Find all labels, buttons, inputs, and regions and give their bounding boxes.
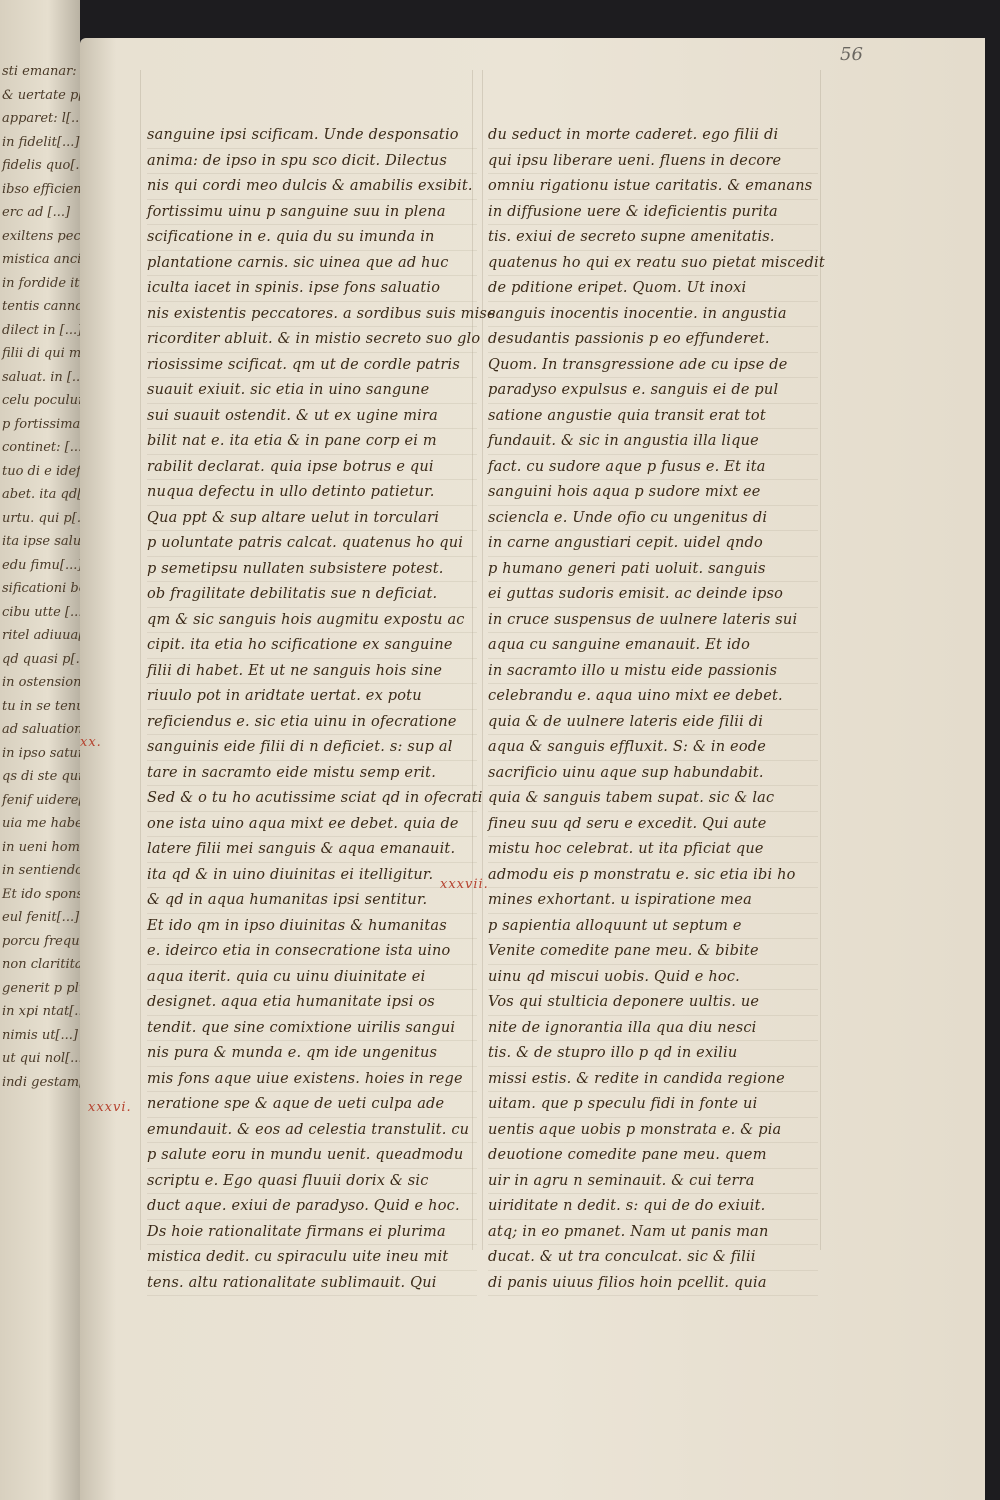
- facing-text-line: ritel adiuua[...]: [2, 624, 80, 648]
- text-line: cipit. ita etia ho scificatione ex sangu…: [147, 633, 477, 659]
- facing-text-line: in ueni homini[...]: [2, 836, 80, 860]
- facing-text-line: edu fimu[...]: [2, 554, 80, 578]
- text-line: Vos qui stulticia deponere uultis. ue: [488, 990, 818, 1016]
- text-line: mines exhortant. u ispiratione mea: [488, 888, 818, 914]
- text-line: fundauit. & sic in angustia illa lique: [488, 429, 818, 455]
- facing-text-line: qd quasi p[...]: [2, 648, 80, 672]
- facing-text-line: ad saluatione[...]: [2, 718, 80, 742]
- text-line: p humano generi pati uoluit. sanguis: [488, 557, 818, 583]
- ruling-line: [482, 70, 483, 1250]
- facing-text-line: urtu. qui p[...]: [2, 507, 80, 531]
- facing-text-line: mistica ancilla[...]: [2, 248, 80, 272]
- text-line: anima: de ipso in spu sco dicit. Dilectu…: [147, 149, 477, 175]
- folio-number: 56: [840, 44, 863, 65]
- text-line: aqua & sanguis effluxit. S: & in eode: [488, 735, 818, 761]
- text-column-left: sanguine ipsi scificam. Unde desponsatio…: [147, 123, 477, 1296]
- facing-text-line: in ipso saturati[...]: [2, 742, 80, 766]
- text-line: tare in sacramto eide mistu semp erit.: [147, 761, 477, 787]
- text-line: scificatione in e. quia du su imunda in: [147, 225, 477, 251]
- ruling-line: [820, 70, 821, 1250]
- text-line: fact. cu sudore aque p fusus e. Et ita: [488, 455, 818, 481]
- facing-text-line: nimis ut[...]: [2, 1024, 80, 1048]
- facing-text-line: continet: [...]: [2, 436, 80, 460]
- facing-text-line: & uertate p[...]: [2, 84, 80, 108]
- text-line: uiriditate n dedit. s: qui de do exiuit.: [488, 1194, 818, 1220]
- text-line: Et ido qm in ipso diuinitas & humanitas: [147, 914, 477, 940]
- text-line: mistica dedit. cu spiraculu uite ineu mi…: [147, 1245, 477, 1271]
- ruling-line: [140, 70, 141, 1250]
- text-line: ei guttas sudoris emisit. ac deinde ipso: [488, 582, 818, 608]
- facing-text-line: apparet: l[...]: [2, 107, 80, 131]
- text-line: atq; in eo pmanet. Nam ut panis man: [488, 1220, 818, 1246]
- text-line: du seduct in morte caderet. ego filii di: [488, 123, 818, 149]
- facing-text-line: ut qui nol[...]: [2, 1047, 80, 1071]
- text-line: suauit exiuit. sic etia in uino sangune: [147, 378, 477, 404]
- facing-text-line: abet. ita qd[...]: [2, 483, 80, 507]
- facing-text-line: non clarititate[...]: [2, 953, 80, 977]
- text-line: scriptu e. Ego quasi fluuii dorix & sic: [147, 1169, 477, 1195]
- text-line: qui ipsu liberare ueni. fluens in decore: [488, 149, 818, 175]
- text-line: in carne angustiari cepit. uidel qndo: [488, 531, 818, 557]
- facing-page-edge: sti emanar: fic& uertate p[...]apparet: …: [0, 0, 80, 1500]
- text-line: nis qui cordi meo dulcis & amabilis exsi…: [147, 174, 477, 200]
- text-line: desudantis passionis p eo effunderet.: [488, 327, 818, 353]
- facing-text-line: tu in se tenu[...]: [2, 695, 80, 719]
- text-line: sciencla e. Unde ofio cu ungenitus di: [488, 506, 818, 532]
- text-line: qm & sic sanguis hois augmitu expostu ac: [147, 608, 477, 634]
- facing-text-line: ibso efficien[...]: [2, 178, 80, 202]
- facing-text-line: p fortissima[...]: [2, 413, 80, 437]
- text-line: tis. & de stupro illo p qd in exiliu: [488, 1041, 818, 1067]
- text-line: sui suauit ostendit. & ut ex ugine mira: [147, 404, 477, 430]
- text-line: missi estis. & redite in candida regione: [488, 1067, 818, 1093]
- text-line: bilit nat e. ita etia & in pane corp ei …: [147, 429, 477, 455]
- facing-text-line: filii di qui me[...]: [2, 342, 80, 366]
- text-line: paradyso expulsus e. sanguis ei de pul: [488, 378, 818, 404]
- text-line: uentis aque uobis p monstrata e. & pia: [488, 1118, 818, 1144]
- text-line: sanguini hois aqua p sudore mixt ee: [488, 480, 818, 506]
- facing-text-line: qs di ste qui[...]: [2, 765, 80, 789]
- facing-text-line: tentis cannon[...]: [2, 295, 80, 319]
- text-line: omniu rigationu istue caritatis. & emana…: [488, 174, 818, 200]
- text-line: satione angustie quia transit erat tot: [488, 404, 818, 430]
- text-line: mistu hoc celebrat. ut ita pficiat que: [488, 837, 818, 863]
- text-line: filii di habet. Et ut ne sanguis hois si…: [147, 659, 477, 685]
- text-line: p salute eoru in mundu uenit. queadmodu: [147, 1143, 477, 1169]
- facing-text-line: sti emanar: fic: [2, 60, 80, 84]
- text-line: ducat. & ut tra conculcat. sic & filii: [488, 1245, 818, 1271]
- text-line: uir in agru n seminauit. & cui terra: [488, 1169, 818, 1195]
- facing-text-line: saluat. in [...]: [2, 366, 80, 390]
- text-line: & qd in aqua humanitas ipsi sentitur.: [147, 888, 477, 914]
- text-line: quia & de uulnere lateris eide filii di: [488, 710, 818, 736]
- text-line: reficiendus e. sic etia uinu in ofecrati…: [147, 710, 477, 736]
- text-line: deuotione comedite pane meu. quem: [488, 1143, 818, 1169]
- text-line: designet. aqua etia humanitate ipsi os: [147, 990, 477, 1016]
- text-line: uinu qd miscui uobis. Quid e hoc.: [488, 965, 818, 991]
- text-line: ita qd & in uino diuinitas ei itelligitu…: [147, 863, 477, 889]
- text-line: sanguinis eide filii di n deficiet. s: s…: [147, 735, 477, 761]
- facing-text-line: ita ipse salut[...]: [2, 530, 80, 554]
- facing-text-line: fenif uidere[...]: [2, 789, 80, 813]
- text-line: ricorditer abluit. & in mistio secreto s…: [147, 327, 477, 353]
- text-line: de pditione eripet. Quom. Ut inoxi: [488, 276, 818, 302]
- text-line: sanguis inocentis inocentie. in angustia: [488, 302, 818, 328]
- facing-text-line: indi gestam[...]: [2, 1071, 80, 1095]
- text-line: fortissimu uinu p sanguine suu in plena: [147, 200, 477, 226]
- facing-text-line: Et ido sponsi[...]: [2, 883, 80, 907]
- text-line: di panis uiuus filios hoin pcellit. quia: [488, 1271, 818, 1297]
- facing-text-line: fidelis quo[...]: [2, 154, 80, 178]
- text-line: tendit. que sine comixtione uirilis sang…: [147, 1016, 477, 1042]
- text-line: admodu eis p monstratu e. sic etia ibi h…: [488, 863, 818, 889]
- text-line: quatenus ho qui ex reatu suo pietat misc…: [488, 251, 818, 277]
- text-line: ob fragilitate debilitatis sue n deficia…: [147, 582, 477, 608]
- text-line: emundauit. & eos ad celestia transtulit.…: [147, 1118, 477, 1144]
- text-line: sanguine ipsi scificam. Unde desponsatio: [147, 123, 477, 149]
- text-line: quia & sanguis tabem supat. sic & lac: [488, 786, 818, 812]
- text-line: one ista uino aqua mixt ee debet. quia d…: [147, 812, 477, 838]
- facing-text-line: sificationi bon[...]: [2, 577, 80, 601]
- text-line: p semetipsu nullaten subsistere potest.: [147, 557, 477, 583]
- facing-text-line: celu poculum[...]: [2, 389, 80, 413]
- text-line: tis. exiui de secreto supne amenitatis.: [488, 225, 818, 251]
- rubric-numeral: xxxvi.: [88, 1100, 132, 1115]
- text-line: nuqua defectu in ullo detinto patietur.: [147, 480, 477, 506]
- text-line: p uoluntate patris calcat. quatenus ho q…: [147, 531, 477, 557]
- text-line: in sacramto illo u mistu eide passionis: [488, 659, 818, 685]
- text-line: duct aque. exiui de paradyso. Quid e hoc…: [147, 1194, 477, 1220]
- text-line: tens. altu rationalitate sublimauit. Qui: [147, 1271, 477, 1297]
- text-line: Qua ppt & sup altare uelut in torculari: [147, 506, 477, 532]
- text-line: nis existentis peccatores. a sordibus su…: [147, 302, 477, 328]
- text-line: latere filii mei sanguis & aqua emanauit…: [147, 837, 477, 863]
- text-line: riuulo pot in aridtate uertat. ex potu: [147, 684, 477, 710]
- facing-text-line: in fordide ite[...]: [2, 272, 80, 296]
- rubric-numeral: xxxvii.: [440, 877, 489, 892]
- text-line: Quom. In transgressione ade cu ipse de: [488, 353, 818, 379]
- text-line: Sed & o tu ho acutissime sciat qd in ofe…: [147, 786, 477, 812]
- text-line: fineu suu qd seru e excedit. Qui aute: [488, 812, 818, 838]
- text-line: neratione spe & aque de ueti culpa ade: [147, 1092, 477, 1118]
- text-line: aqua cu sanguine emanauit. Et ido: [488, 633, 818, 659]
- text-line: riosissime scificat. qm ut de cordle pat…: [147, 353, 477, 379]
- text-line: e. ideirco etia in consecratione ista ui…: [147, 939, 477, 965]
- facing-text-line: erc ad [...]: [2, 201, 80, 225]
- text-line: celebrandu e. aqua uino mixt ee debet.: [488, 684, 818, 710]
- facing-text-line: eul fenit[...]: [2, 906, 80, 930]
- text-line: nite de ignorantia illa qua diu nesci: [488, 1016, 818, 1042]
- text-column-right: du seduct in morte caderet. ego filii di…: [488, 123, 818, 1296]
- rubric-numeral: xx.: [80, 735, 102, 750]
- facing-text-line: dilect in [...]: [2, 319, 80, 343]
- facing-text-line: cibu utte [...]: [2, 601, 80, 625]
- text-line: nis pura & munda e. qm ide ungenitus: [147, 1041, 477, 1067]
- facing-text-line: exiltens peccato[...]: [2, 225, 80, 249]
- text-line: uitam. que p speculu fidi in fonte ui: [488, 1092, 818, 1118]
- text-line: Venite comedite pane meu. & bibite: [488, 939, 818, 965]
- text-line: in diffusione uere & ideficientis purita: [488, 200, 818, 226]
- text-line: aqua iterit. quia cu uinu diuinitate ei: [147, 965, 477, 991]
- text-line: rabilit declarat. quia ipse botrus e qui: [147, 455, 477, 481]
- facing-text-line: in sentiendo[...]: [2, 859, 80, 883]
- facing-page-text: sti emanar: fic& uertate p[...]apparet: …: [2, 60, 80, 1094]
- facing-text-line: porcu frequent[...]: [2, 930, 80, 954]
- text-line: in cruce suspensus de uulnere lateris su…: [488, 608, 818, 634]
- facing-text-line: in xpi ntat[...]: [2, 1000, 80, 1024]
- text-line: sacrificio uinu aque sup habundabit.: [488, 761, 818, 787]
- text-line: Ds hoie rationalitate firmans ei plurima: [147, 1220, 477, 1246]
- facing-text-line: uia me haben[...]: [2, 812, 80, 836]
- facing-text-line: in fidelit[...]: [2, 131, 80, 155]
- facing-text-line: tuo di e ideficien[...]: [2, 460, 80, 484]
- facing-text-line: generit p plura[...]: [2, 977, 80, 1001]
- facing-text-line: in ostensione[...]: [2, 671, 80, 695]
- text-line: p sapientia alloquunt ut septum e: [488, 914, 818, 940]
- text-line: mis fons aque uiue existens. hoies in re…: [147, 1067, 477, 1093]
- text-line: iculta iacet in spinis. ipse fons saluat…: [147, 276, 477, 302]
- text-line: plantatione carnis. sic uinea que ad huc: [147, 251, 477, 277]
